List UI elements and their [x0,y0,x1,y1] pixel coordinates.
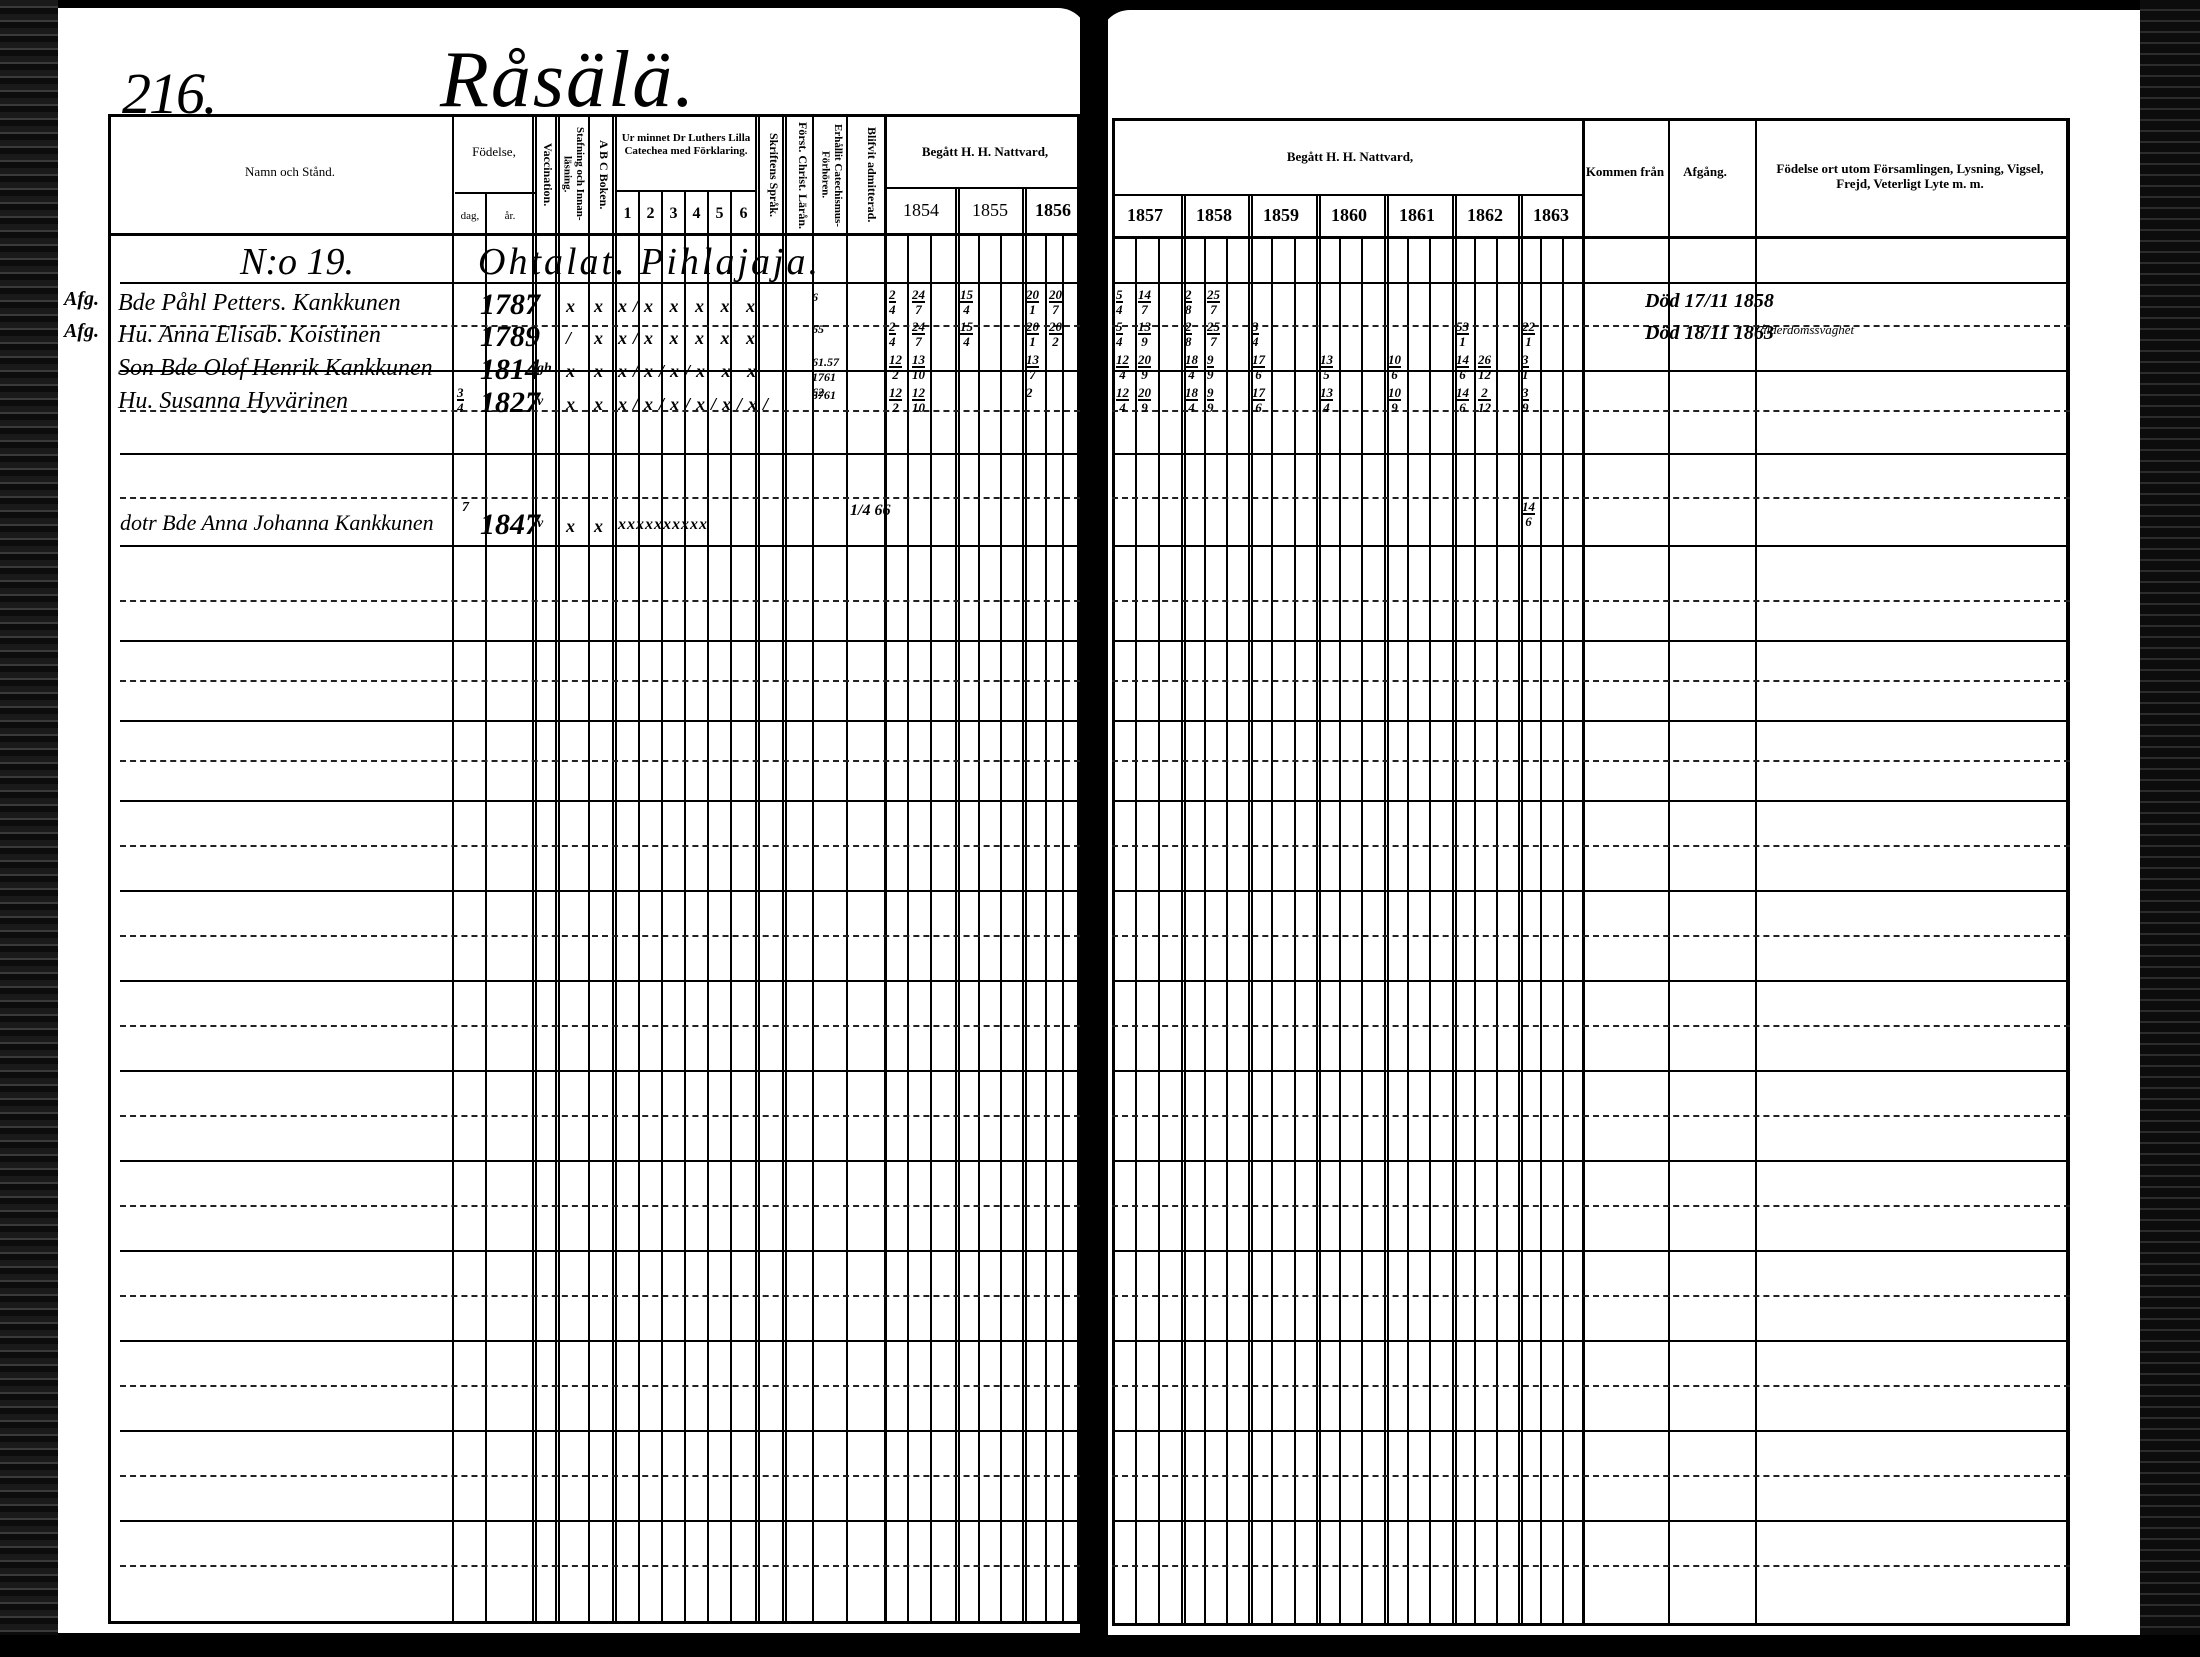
row-rule [120,845,1080,847]
month: 2 [889,401,902,414]
month: 4 [457,401,464,414]
catechism-marks: x/x/x/x/x/x/ [618,394,774,415]
month: 4 [1116,335,1123,348]
communion-1862: 531 [1456,320,1469,348]
communion-1857: 124 [1116,353,1129,381]
row-rule [1112,545,2070,547]
abc-mark: x [594,328,603,349]
day: 5 [1116,288,1123,303]
col-sep [884,114,887,1624]
day: 20 [1049,288,1062,303]
row-rule [120,680,1080,682]
notes-text: ålderdomssvaghet [1760,322,1854,338]
col-sep [907,233,909,1624]
day: 17 [1252,353,1265,368]
row-rule [120,1250,1080,1252]
day: 12 [1116,353,1129,368]
row-rule [1112,282,2070,284]
header-birth: Födelse, [455,145,533,160]
reading-mark: x [566,361,575,382]
month: 4 [889,303,896,316]
row-rule [1112,1115,2070,1117]
row-rule [120,980,1080,982]
day: 25 [1207,320,1220,335]
day: 3 [457,386,464,401]
row-rule [1112,1565,2070,1567]
communion-1856: 2 [1026,386,1033,399]
catechism-marks: xxxxxxxxxx [618,516,708,534]
col-sep [930,233,932,1624]
row-rule [1112,1070,2070,1072]
month: 7 [1138,303,1151,316]
row-rule [1112,453,2070,455]
communion-1857: 124 [1116,386,1129,414]
col-sep [612,114,617,1624]
col-sep [978,233,980,1624]
month: 9 [1388,401,1401,414]
person-name: Bde Påhl Petters. Kankkunen [118,290,401,317]
communion-1857: 139 [1138,320,1151,348]
day: 13 [912,353,925,368]
communion-1858: 99 [1207,386,1214,414]
header-scripture: Skriftens Språk. [760,120,780,230]
col-sep [1474,236,1476,1626]
month: 1 [1456,335,1469,348]
month: 8 [1185,335,1192,348]
day: 14 [1456,353,1469,368]
month: 4 [960,335,973,348]
communion-1859: 176 [1252,353,1265,381]
abc-mark: x [594,516,603,537]
month: 7 [912,303,925,316]
year-1854: 1854 [888,200,954,221]
day: 2 [889,288,896,303]
header-notes: Födelse ort utom Församlingen, Lysning, … [1760,162,2060,192]
row-rule [1112,1385,2070,1387]
row-rule [1112,845,2070,847]
row-rule [1112,680,2070,682]
vaccination-mark: gh [537,361,552,377]
communion-1863: 31 [1522,353,1529,381]
row-rule [120,1475,1080,1477]
day: 9 [1207,386,1214,401]
month: 7 [1207,335,1220,348]
col-sep [555,114,560,1624]
communion-1857: 209 [1138,353,1151,381]
col-sep [955,187,960,1624]
col-sep [1582,118,1585,1626]
row-rule [1112,800,2070,802]
communion-1856: 207 [1049,288,1062,316]
communion-1857: 54 [1116,288,1123,316]
person-name: Son Bde Olof Henrik Kankkunen [118,355,433,382]
header-abc: A B C Boken. [592,120,610,230]
row-rule [1112,1025,2070,1027]
row-rule [1112,720,2070,722]
row-rule [120,1115,1080,1117]
month: 1 [1522,368,1529,381]
day: 12 [889,386,902,401]
row-rule [1112,1250,2070,1252]
col-sep [1407,236,1409,1626]
col-sep [1158,236,1160,1626]
birth-year: 1814 [480,353,540,387]
communion-1856: 201 [1026,288,1039,316]
margin-note: Afg. [64,320,99,343]
header-vaccination: Vaccination. [536,120,554,230]
catechism-part-3: 3 [663,205,684,223]
day: 5 [1116,320,1123,335]
month: 4 [1116,368,1129,381]
header-admitted: Blifvit admitterad. [854,120,878,230]
header-birth-year: år. [488,210,532,223]
year-1856: 1856 [1026,200,1080,221]
birth-year: 1847 [480,508,540,542]
day: 14 [1138,288,1151,303]
communion-1855: 154 [960,288,973,316]
col-sep [1540,236,1542,1626]
scanner-edge-right [2140,0,2200,1657]
communion-1862: 146 [1456,386,1469,414]
month: 1 [1026,303,1039,316]
communion-1858: 257 [1207,320,1220,348]
header-name: Namn och Stånd. [130,165,450,180]
margin-note: Afg. [64,288,99,311]
day: 15 [960,288,973,303]
day: 12 [912,386,925,401]
row-rule [120,600,1080,602]
row-rule [1112,935,2070,937]
catechism-part-1: 1 [617,205,638,223]
row-rule [120,1205,1080,1207]
communion-1854: 24 [889,288,896,316]
year-1863: 1863 [1518,205,1584,226]
day: 13 [1138,320,1151,335]
day: 14 [1522,500,1535,515]
catechism-part-6: 6 [733,205,754,223]
month: 4 [960,303,973,316]
right-header-divider [1112,236,2070,239]
day: 3 [1522,353,1529,368]
communion-1863: 146 [1522,500,1535,528]
day: 2 [1478,386,1491,401]
year-1859: 1859 [1248,205,1314,226]
col-sep [452,114,454,1624]
month: 5 [1320,368,1333,381]
col-sep [1062,233,1064,1624]
col-sep [846,114,848,1624]
month: 1 [1026,335,1039,348]
row-rule [120,497,1080,499]
month: 4 [889,335,896,348]
month: 6 [1252,368,1265,381]
header-catechism-taught: Erhållit Catechismus-Förhören. [816,120,844,230]
col-sep [1226,236,1228,1626]
communion-1858: 28 [1185,288,1192,316]
month: 7 [1207,303,1220,316]
birth-day: 34 [457,386,464,414]
col-sep [1135,236,1137,1626]
catechism-marks: x/x x x x x [618,328,761,349]
month: 7 [1049,303,1062,316]
row-rule [120,453,1080,455]
day: 13 [1320,386,1333,401]
month: 9 [1138,368,1151,381]
book-spine [1080,0,1108,1657]
vaccination-mark: v [537,394,543,410]
month: 10 [912,401,925,414]
month: 2 [1049,335,1062,348]
communion-1858: 99 [1207,353,1214,381]
month: 7 [912,335,925,348]
day: 3 [1252,320,1259,335]
communion-1856: 202 [1049,320,1062,348]
row-rule [1112,497,2070,499]
month: 9 [1138,401,1151,414]
col-sep [1204,236,1206,1626]
communion-1854: 1310 [912,353,925,381]
row-rule [120,1520,1080,1522]
day: 14 [1456,386,1469,401]
month: 4 [1116,303,1123,316]
month: 12 [1478,368,1491,381]
day: 2 [1185,320,1192,335]
communion-1863: 39 [1522,386,1529,414]
communion-1862: 2612 [1478,353,1491,381]
day: 25 [1207,288,1220,303]
year-1855: 1855 [958,200,1022,221]
communion-1860: 135 [1320,353,1333,381]
day: 9 [1207,353,1214,368]
month: 7 [1026,368,1039,381]
day: 20 [1138,353,1151,368]
row-rule [120,800,1080,802]
row-rule [120,935,1080,937]
person-name: Hu. Anna Elisab. Koistinen [118,322,381,349]
catechism-part-5: 5 [709,205,730,223]
month: 6 [1388,368,1401,381]
day: 20 [1026,288,1039,303]
day: 17 [1252,386,1265,401]
day: 15 [960,320,973,335]
left-header-divider [108,233,1080,236]
header-birth-day: dag, [455,210,485,223]
communion-1856: 137 [1026,353,1039,381]
communion-1854: 122 [889,353,902,381]
day: 12 [1116,386,1129,401]
header-came-from: Kommen från [1585,165,1665,180]
row-rule [1112,1340,2070,1342]
communion-1854: 247 [912,320,925,348]
header-catechism: Ur minnet Dr Luthers Lilla Catechea med … [617,132,755,157]
row-rule [120,1385,1080,1387]
month: 9 [1522,401,1529,414]
reading-mark: x [566,394,575,415]
communion-1860: 134 [1320,386,1333,414]
row-rule [1112,760,2070,762]
col-sep [1045,233,1047,1624]
communion-1858: 184 [1185,353,1198,381]
communion-1854: 24 [889,320,896,348]
communion-1858: 184 [1185,386,1198,414]
month: 12 [1478,401,1491,414]
row-rule [120,890,1080,892]
birth-year: 1789 [480,320,540,354]
bottom-shadow [0,1635,2200,1657]
month: 6 [1456,401,1469,414]
day: 13 [1026,353,1039,368]
row-rule [1112,1205,2070,1207]
day: 2 [889,320,896,335]
communion-1857: 54 [1116,320,1123,348]
household-number: N:o 19. [240,240,354,284]
row-rule [1112,1430,2070,1432]
value: 2 [1026,386,1033,399]
communion-1854: 122 [889,386,902,414]
abc-mark: x [594,296,603,317]
header-communion-right: Begått H. H. Nattvard, [1120,150,1580,165]
row-rule [1112,1160,2070,1162]
row-rule [1112,1475,2070,1477]
header-first-christ: Först. Christ. Lärån. [789,120,809,230]
col-sep [1271,236,1273,1626]
reading-mark: x [566,296,575,317]
row-rule [1112,980,2070,982]
year-1858: 1858 [1181,205,1247,226]
year-1862: 1862 [1452,205,1518,226]
communion-1863: 221 [1522,320,1535,348]
birth-year: 1827 [480,386,540,420]
year-1860: 1860 [1316,205,1382,226]
col-sep [1022,187,1027,1624]
year-1861: 1861 [1384,205,1450,226]
departure-note: Död 18/11 1863 [1645,322,1774,345]
day: 22 [1522,320,1535,335]
col-sep [588,114,590,1624]
day: 26 [1478,353,1491,368]
month: 4 [1252,335,1259,348]
row-rule [120,760,1080,762]
header-communion-left: Begått H. H. Nattvard, [890,145,1080,160]
day: 24 [912,288,925,303]
month: 9 [1138,335,1151,348]
admitted-year: 5761 [812,388,848,403]
communion-1858: 257 [1207,288,1220,316]
vaccination-mark: v [537,516,543,532]
month: 9 [1207,368,1214,381]
header-reading: Stafning och Innan-läsning. [560,118,586,230]
month: 4 [1185,368,1198,381]
person-name: Hu. Susanna Hyvärinen [118,388,348,415]
communion-1862: 212 [1478,386,1491,414]
day: 12 [889,353,902,368]
day: 13 [1320,353,1333,368]
row-rule [1112,890,2070,892]
col-sep [812,114,814,1624]
communion-1862: 146 [1456,353,1469,381]
admitted-year: 65 [812,322,848,337]
reading-mark: / [566,328,571,349]
communion-1854: 247 [912,288,925,316]
month: 9 [1207,401,1214,414]
birth-subheader-line [455,192,535,194]
row-rule [120,1160,1080,1162]
day: 10 [1388,386,1401,401]
communion-1861: 109 [1388,386,1401,414]
day: 53 [1456,320,1469,335]
communion-1855: 154 [960,320,973,348]
communion-subheader-line [887,187,1080,189]
catechism-part-2: 2 [640,205,661,223]
day: 10 [1388,353,1401,368]
day: 20 [1049,320,1062,335]
communion-1858: 28 [1185,320,1192,348]
row-rule [120,1340,1080,1342]
day: 18 [1185,386,1198,401]
month: 2 [889,368,902,381]
row-rule [120,1070,1080,1072]
month: 4 [1320,401,1333,414]
day: 3 [1522,386,1529,401]
col-sep [1562,236,1564,1626]
month: 6 [1456,368,1469,381]
row-rule [120,545,1080,547]
birth-year: 1787 [480,288,540,322]
abc-mark: x [594,361,603,382]
month: 6 [1252,401,1265,414]
communion-1857: 147 [1138,288,1151,316]
birth-day: 7 [462,500,469,516]
day: 20 [1138,386,1151,401]
person-name: dotr Bde Anna Johanna Kankkunen [120,510,434,536]
admitted-year: 1/4 66 [850,502,890,520]
communion-1857: 209 [1138,386,1151,414]
catechism-marks: x/x x x x x [618,296,761,317]
month: 4 [1185,401,1198,414]
reading-mark: x [566,516,575,537]
row-rule [120,640,1080,642]
col-sep [1496,236,1498,1626]
col-sep [1000,233,1002,1624]
month: 1 [1522,335,1535,348]
col-sep [782,114,787,1624]
row-rule [120,1565,1080,1567]
communion-1859: 176 [1252,386,1265,414]
row-rule [1112,640,2070,642]
day: 24 [912,320,925,335]
row-rule [120,1430,1080,1432]
day: 20 [1026,320,1039,335]
row-rule [120,720,1080,722]
col-sep [1361,236,1363,1626]
col-sep [1339,236,1341,1626]
row-rule [1112,600,2070,602]
communion-1859: 34 [1252,320,1259,348]
communion-1856: 201 [1026,320,1039,348]
row-rule [120,1025,1080,1027]
year-1857: 1857 [1112,205,1178,226]
communion-1861: 106 [1388,353,1401,381]
month: 10 [912,368,925,381]
scanner-edge-left [0,0,58,1657]
communion-1854: 1210 [912,386,925,414]
col-sep [1294,236,1296,1626]
catechism-marks: x/x/x/x x x [618,361,762,382]
day: 18 [1185,353,1198,368]
farm-name: Ohtalat. Pihlajaja. [478,240,821,284]
month: 6 [1522,515,1535,528]
row-rule [1112,1520,2070,1522]
